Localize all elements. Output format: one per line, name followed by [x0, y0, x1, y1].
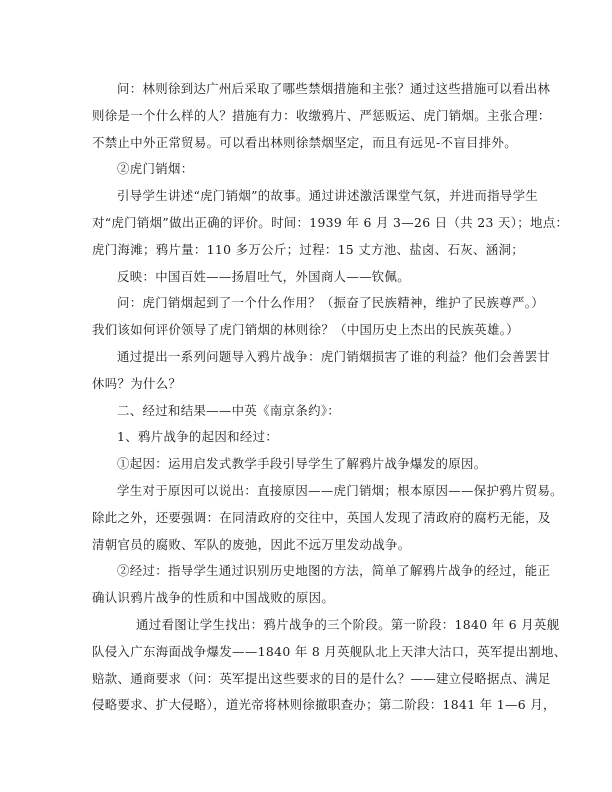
paragraph-line: 除此之外，还要强调：在同清政府的交往中，英国人发现了清政府的腐朽无能，及 — [92, 505, 522, 532]
subsection-heading: 1、鸦片战争的起因和经过： — [92, 424, 522, 451]
paragraph-line: 休吗？为什么？ — [92, 371, 522, 398]
section-heading: 二、经过和结果——中英《南京条约》： — [92, 398, 522, 425]
paragraph-line: 赔款、通商要求（问：英军提出这些要求的目的是什么？——建立侵略据点、满足 — [92, 666, 522, 693]
section-heading: ②虎门销烟： — [92, 156, 522, 183]
paragraph-line: 反映：中国百姓——扬眉吐气，外国商人——钦佩。 — [92, 264, 522, 291]
paragraph-line: 引导学生讲述“虎门销烟”的故事。通过讲述激活课堂气氛，并进而指导学生 — [92, 183, 522, 210]
paragraph-line: 我们该如何评价领导了虎门销烟的林则徐？（中国历史上杰出的民族英雄。） — [92, 317, 522, 344]
document-page: 问：林则徐到达广州后采取了哪些禁烟措施和主张？通过这些措施可以看出林 则徐是一个… — [92, 76, 522, 719]
paragraph-line: 通过提出一系列问题导入鸦片战争：虎门销烟损害了谁的利益？他们会善罢甘 — [92, 344, 522, 371]
paragraph-line: ②经过：指导学生通过识别历史地图的方法，简单了解鸦片战争的经过，能正 — [92, 558, 522, 585]
paragraph-line: 学生对于原因可以说出：直接原因——虎门销烟；根本原因——保护鸦片贸易。 — [92, 478, 522, 505]
paragraph-line: 虎门海滩；鸦片量：110 多万公斤；过程：15 丈方池、盐卤、石灰、涵洞； — [92, 237, 522, 264]
paragraph-line: 不禁止中外正常贸易。可以看出林则徐禁烟坚定，而且有远见-不盲目排外。 — [92, 130, 522, 157]
paragraph-line: 队侵入广东海面战争爆发——1840 年 8 月英舰队北上天津大沽口，英军提出割地… — [92, 639, 522, 666]
paragraph-line: 侵略要求、扩大侵略），道光帝将林则徐撤职查办；第二阶段：1841 年 1—6 月… — [92, 692, 522, 719]
paragraph-line: 问：虎门销烟起到了一个什么作用？（振奋了民族精神，维护了民族尊严。） — [92, 290, 522, 317]
paragraph-line: 确认识鸦片战争的性质和中国战败的原因。 — [92, 585, 522, 612]
paragraph-line: 对“虎门销烟”做出正确的评价。时间：1939 年 6 月 3—26 日（共 23… — [92, 210, 522, 237]
paragraph-line: 问：林则徐到达广州后采取了哪些禁烟措施和主张？通过这些措施可以看出林 — [92, 76, 522, 103]
paragraph-line: 清朝官员的腐败、军队的废弛，因此不远万里发动战争。 — [92, 532, 522, 559]
paragraph-line: 则徐是一个什么样的人？措施有力：收缴鸦片、严惩贩运、虎门销烟。主张合理： — [92, 103, 522, 130]
paragraph-line: ①起因：运用启发式教学手段引导学生了解鸦片战争爆发的原因。 — [92, 451, 522, 478]
paragraph-line: 通过看图让学生找出：鸦片战争的三个阶段。第一阶段：1840 年 6 月英舰 — [92, 612, 522, 639]
